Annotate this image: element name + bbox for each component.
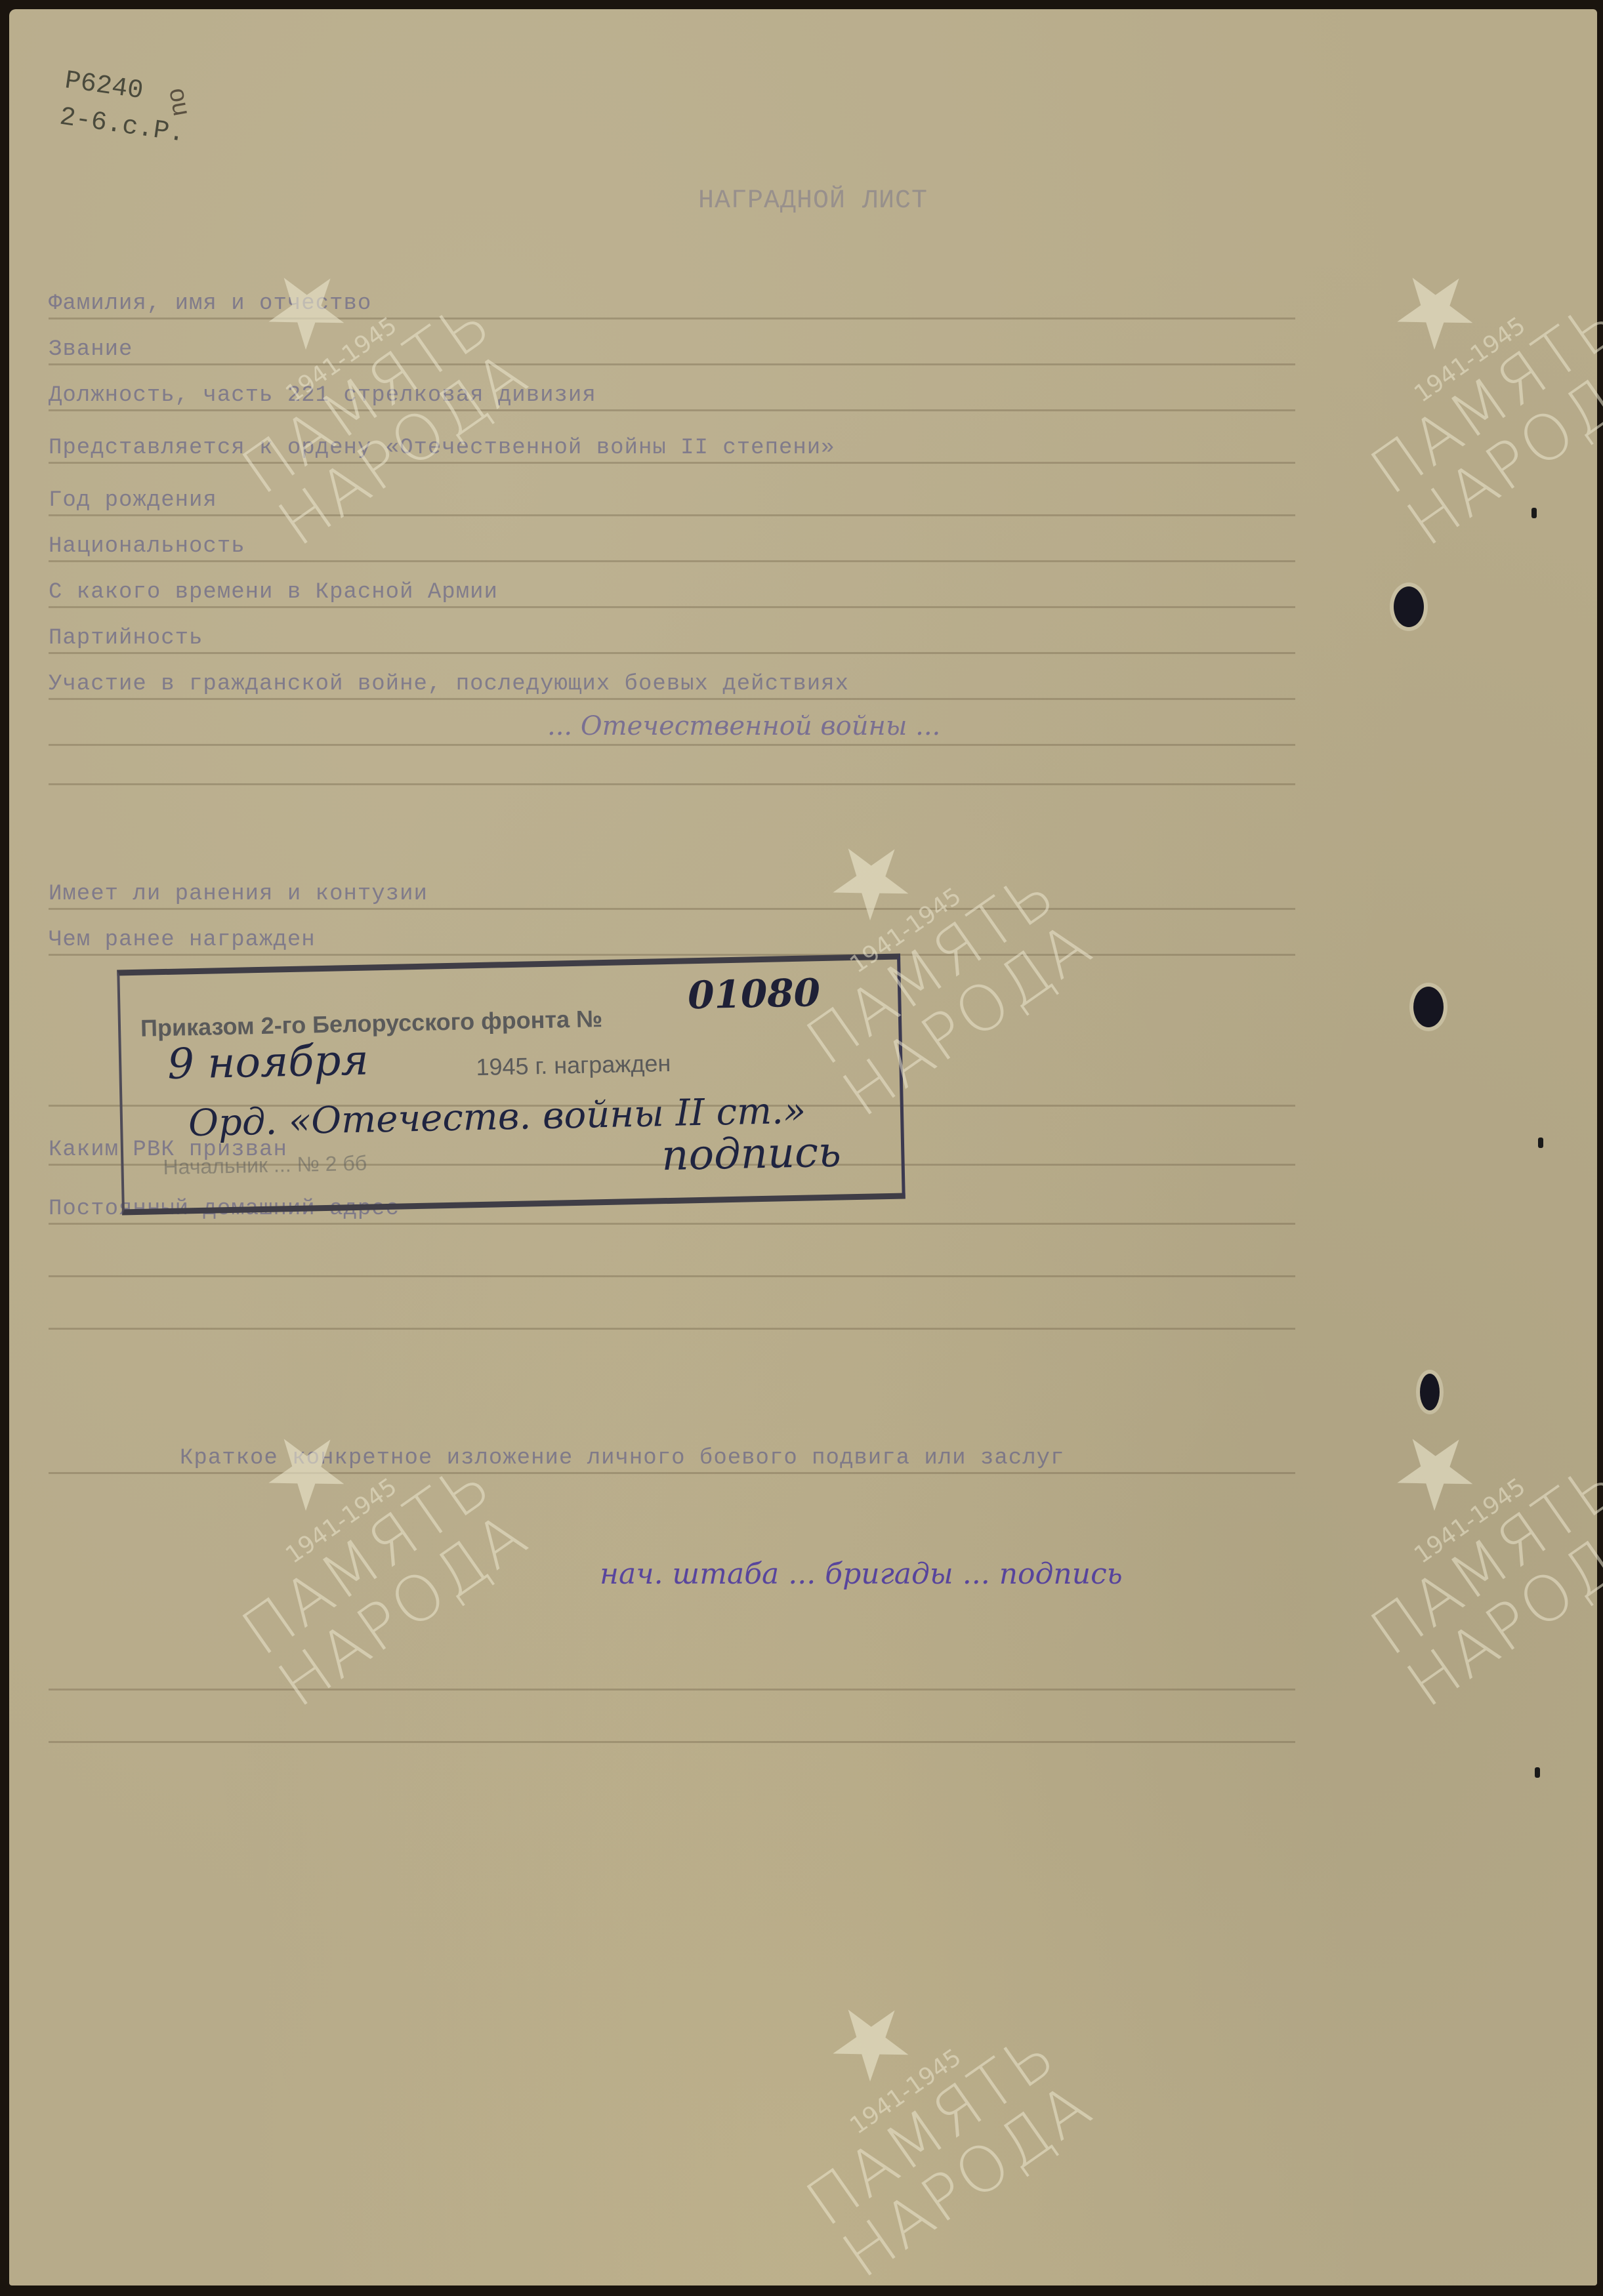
form-rule bbox=[49, 652, 1295, 654]
watermark: ★ 1941-1945 ПАМЯТЬ НАРОДА bbox=[160, 1347, 539, 1717]
form-field-label: С какого времени в Красной Армии bbox=[49, 580, 498, 605]
punch-hole bbox=[1420, 1374, 1440, 1410]
form-rule bbox=[49, 744, 1295, 746]
punch-hole bbox=[1394, 586, 1424, 627]
form-field-label: Национальность bbox=[49, 534, 245, 559]
form-rule bbox=[49, 560, 1295, 562]
punch-hole bbox=[1413, 987, 1444, 1027]
form-rule bbox=[49, 698, 1295, 700]
form-rule bbox=[49, 908, 1295, 910]
stamp-order-label: Приказом 2-го Белорусского фронта № bbox=[140, 1005, 603, 1042]
form-field-label: Звание bbox=[49, 337, 133, 362]
stamp-handwritten-date: 9 ноября bbox=[167, 1036, 369, 1089]
form-field-label: Чем ранее награжден bbox=[49, 928, 316, 953]
form-rule bbox=[49, 1741, 1295, 1743]
stamp-awarded-label: 1945 г. награжден bbox=[476, 1050, 671, 1081]
watermark: ★ 1941-1945 ПАМЯТЬ НАРОДА bbox=[724, 1918, 1103, 2288]
speck bbox=[1538, 1138, 1543, 1148]
form-rule bbox=[49, 783, 1295, 785]
watermark: ★ 1941-1945 ПАМЯТЬ НАРОДА bbox=[1289, 186, 1603, 556]
form-field-label: Участие в гражданской войне, последующих… bbox=[49, 672, 849, 697]
stamp-faded-text: Начальник ... № 2 бб bbox=[163, 1151, 367, 1179]
watermark: ★ 1941-1945 ПАМЯТЬ НАРОДА bbox=[1289, 1347, 1603, 1717]
form-rule bbox=[49, 1275, 1295, 1277]
form-rule bbox=[49, 1223, 1295, 1225]
form-field-label: Год рождения bbox=[49, 488, 217, 513]
stamp-signature: подпись bbox=[661, 1128, 842, 1181]
form-rule bbox=[49, 514, 1295, 516]
signature-line: нач. штаба ... бригады ... подпись bbox=[600, 1557, 1123, 1591]
form-rule bbox=[49, 1689, 1295, 1691]
form-field-label: Имеет ли ранения и контузии bbox=[49, 882, 428, 907]
archive-side-mark: ou bbox=[163, 86, 196, 118]
form-field-label: Партийность bbox=[49, 626, 203, 651]
handwritten-entry: ... Отечественной войны ... bbox=[547, 711, 940, 741]
speck bbox=[1535, 1767, 1540, 1778]
speck bbox=[1531, 508, 1537, 518]
form-rule bbox=[49, 1328, 1295, 1330]
form-rule bbox=[49, 606, 1295, 608]
document-heading: НАГРАДНОЙ ЛИСТ bbox=[698, 186, 928, 216]
document-sheet: P6240 2-6.c.P. ou НАГРАДНОЙ ЛИСТ Фамилия… bbox=[9, 9, 1597, 2286]
form-rule bbox=[49, 954, 1295, 956]
form-rule bbox=[49, 462, 1295, 464]
